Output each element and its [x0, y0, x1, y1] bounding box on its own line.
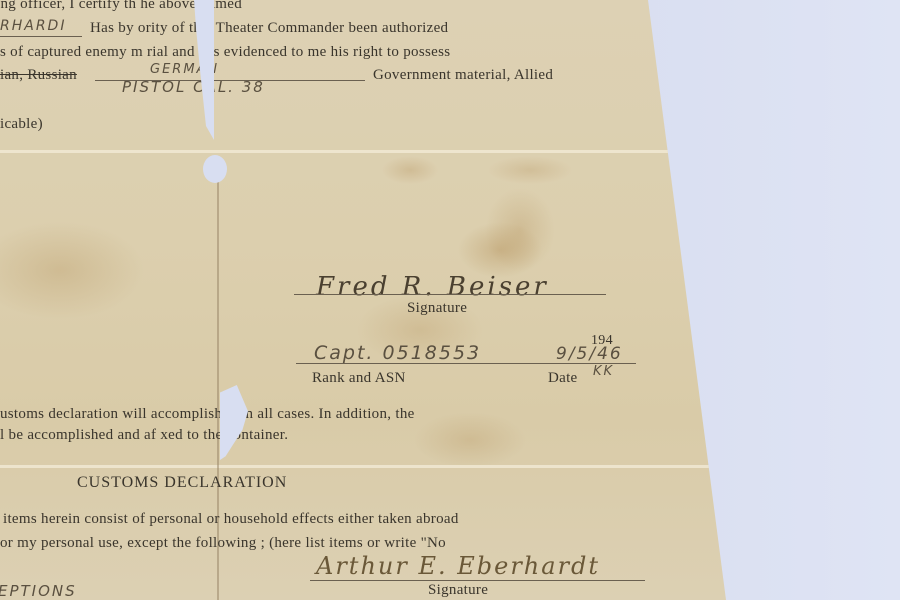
fold-line-horizontal — [0, 150, 680, 153]
handwritten-name-partial: RHARDI — [0, 18, 66, 34]
customs-declaration-heading: CUSTOMS DECLARATION — [77, 474, 287, 492]
customs-instruction-line-2: l be accomplished and af xed to the cont… — [0, 427, 288, 444]
struck-nationalities: ian, Russian — [0, 67, 77, 84]
date-label: Date — [548, 370, 578, 387]
captured-material-line: s of captured enemy m rial and has evide… — [0, 44, 450, 61]
signature-underline — [294, 294, 606, 295]
declaration-line-2: or my personal use, except the following… — [0, 535, 446, 552]
handwritten-item: PISTOL CAL. 38 — [122, 78, 265, 96]
officer-signature: Fred R. Beiser — [316, 272, 549, 302]
handwritten-exceptions: EXCEPTIONS — [0, 582, 77, 600]
applicable-note: icable) — [0, 116, 43, 133]
government-material-line: Government material, Allied — [373, 67, 553, 84]
authority-line: Has by ority of this Theater Commander b… — [90, 20, 448, 37]
owner-signature: Arthur E. Eberhardt — [316, 552, 600, 580]
customs-instruction-line-1: ustoms declaration will accomplished in … — [0, 406, 415, 423]
date-handwritten: 9/5/46 — [556, 344, 623, 364]
name-underline — [0, 36, 82, 37]
signature-label: Signature — [407, 300, 467, 317]
paper-tear — [220, 385, 248, 460]
owner-signature-label: Signature — [428, 582, 488, 599]
owner-signature-underline — [310, 580, 645, 581]
rank-asn-label: Rank and ASN — [312, 370, 406, 387]
fold-line-horizontal — [0, 465, 720, 468]
declaration-line-1: items herein consist of personal or hous… — [3, 511, 459, 528]
initials-handwritten: KK — [593, 364, 614, 379]
paper-hole — [203, 155, 227, 183]
rank-asn-handwritten: Capt. 0518553 — [314, 342, 481, 364]
